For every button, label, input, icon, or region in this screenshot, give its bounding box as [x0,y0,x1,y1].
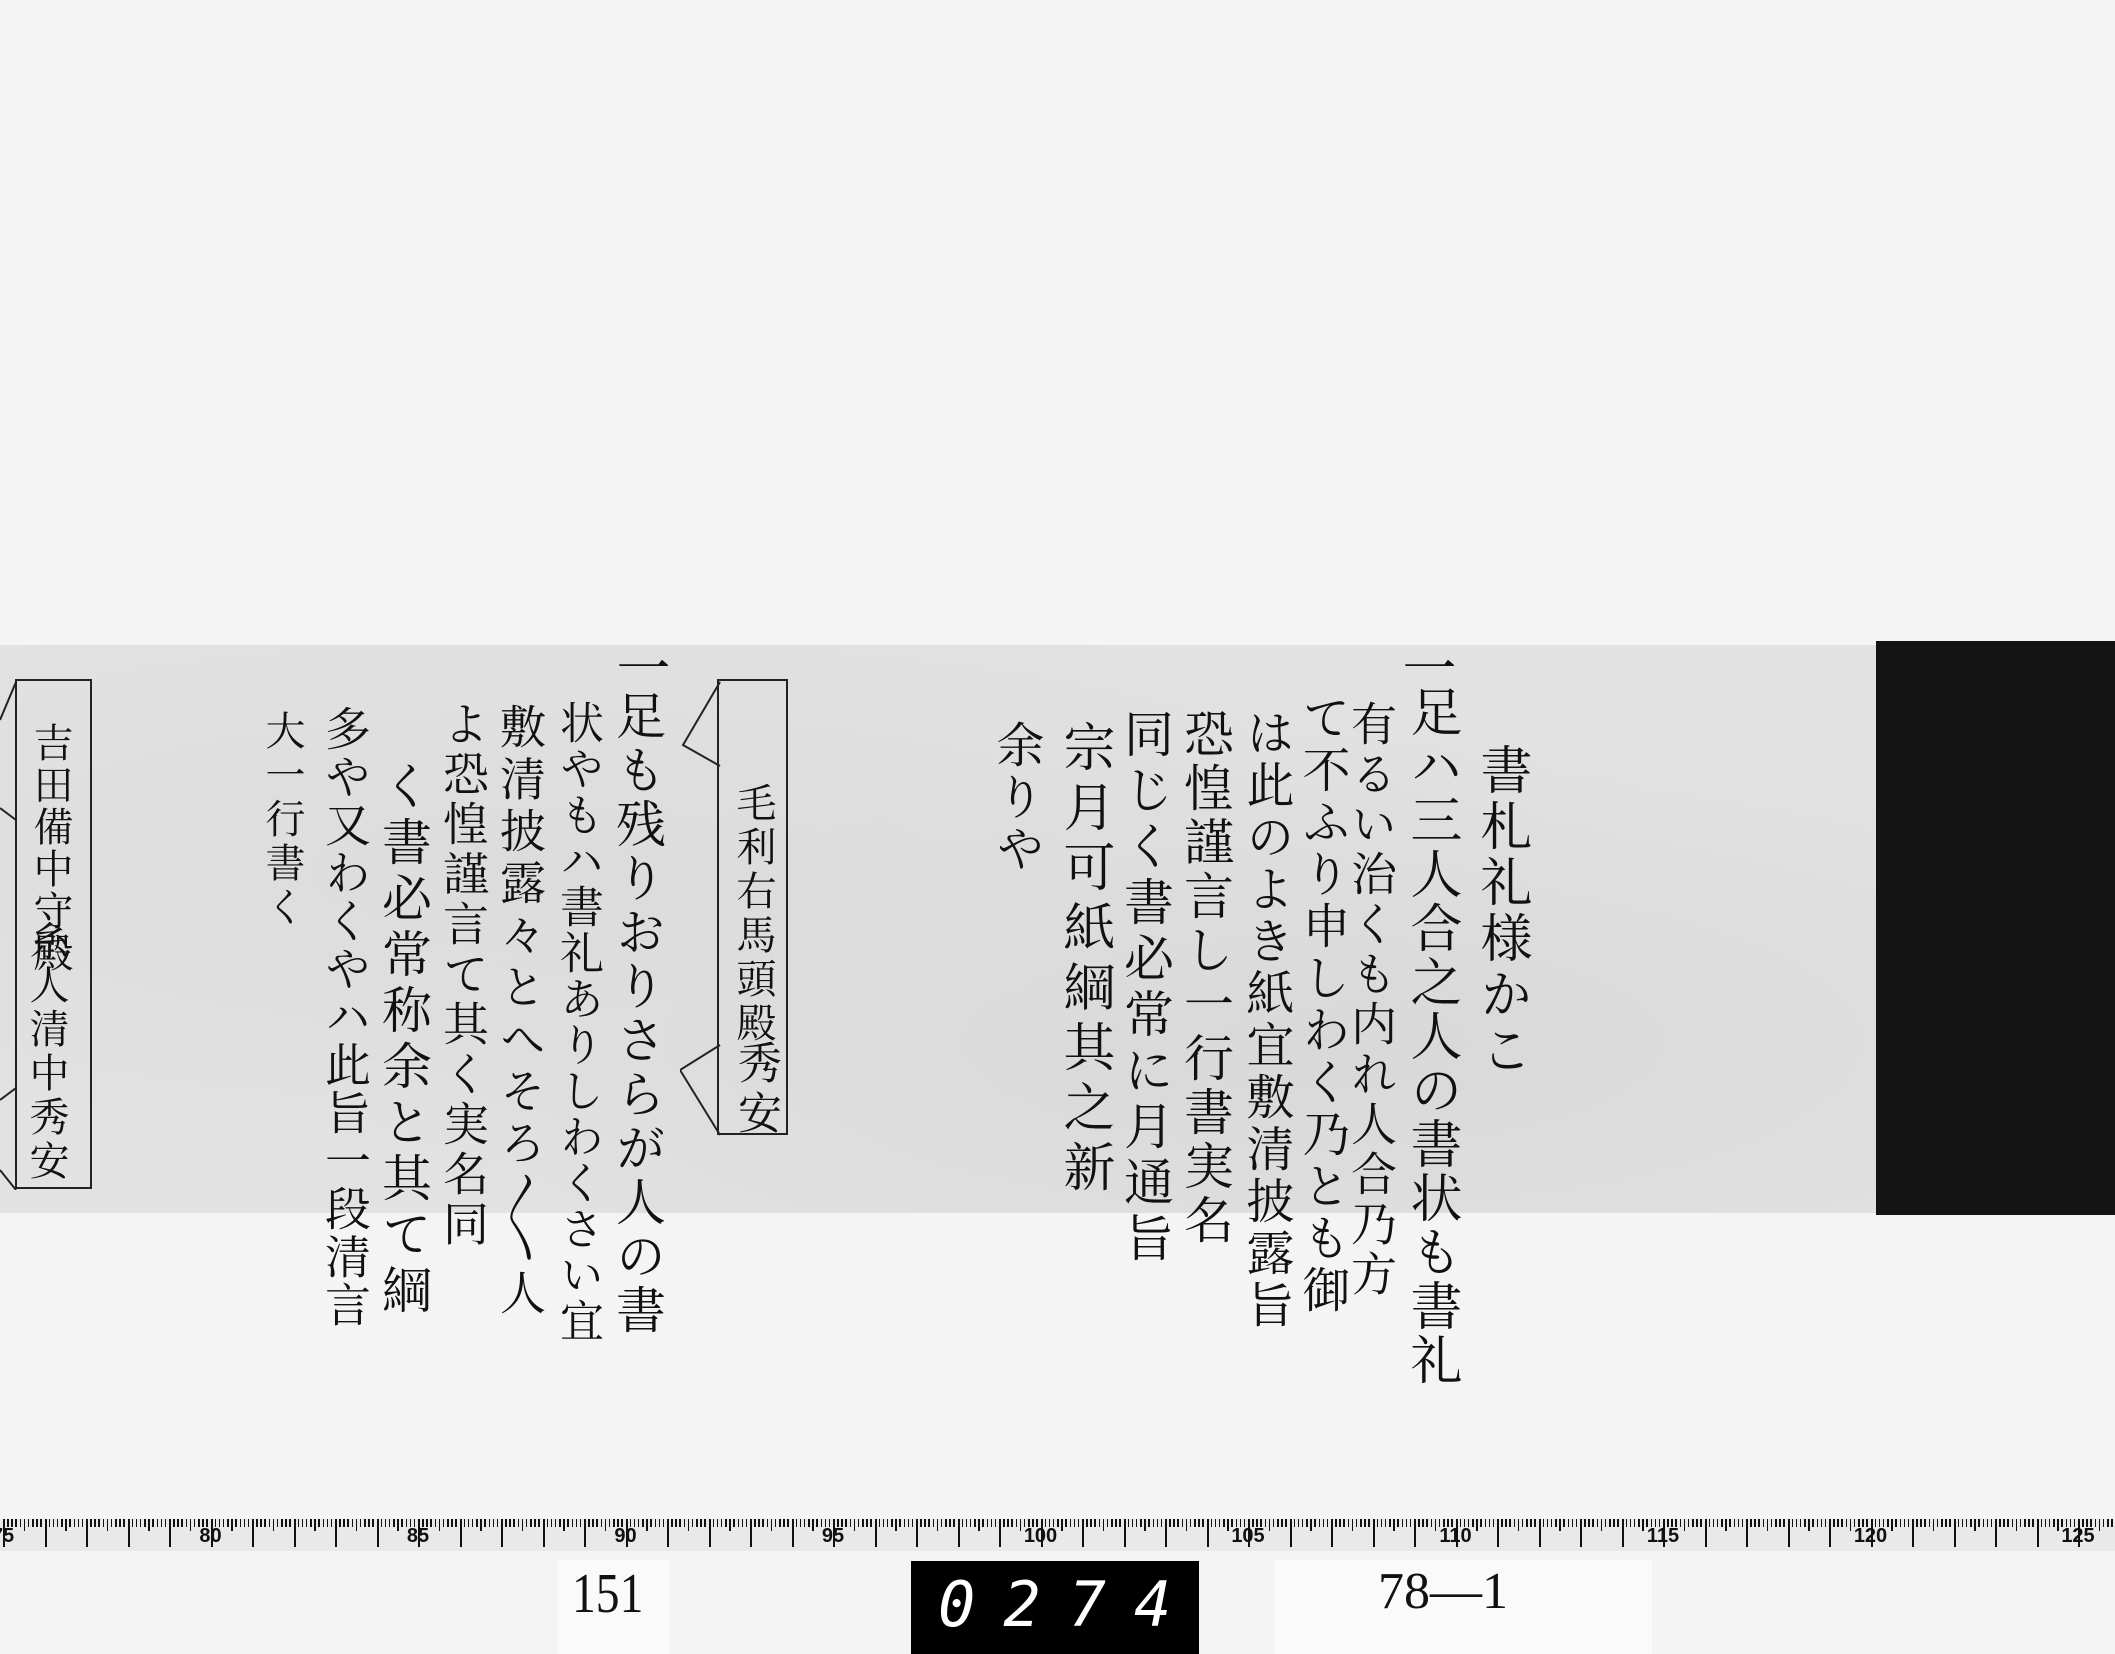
label-1-sender: 秀安 [733,1040,777,1140]
ruler-tick [1796,1519,1798,1527]
ruler-tick [555,1519,557,1527]
ruler-tick [98,1519,100,1527]
ruler-tick [1588,1519,1590,1527]
ruler-tick [1132,1519,1134,1527]
ruler-tick [779,1519,781,1527]
ruler-tick [638,1519,640,1527]
ruler-tick [169,1519,171,1547]
ruler-tick [1609,1519,1611,1527]
ruler-tick [713,1519,715,1527]
ruler-label: 120 [1854,1525,1887,1548]
ruler-tick [1186,1519,1188,1531]
ruler-tick [982,1519,984,1527]
ruler-tick [1020,1519,1022,1531]
ruler-tick [1954,1519,1956,1547]
ruler-label: 115 [1647,1525,1679,1548]
ruler-tick [1539,1519,1541,1547]
ruler-tick [173,1519,175,1527]
ruler-tick [28,1519,30,1527]
ruler-tick [642,1519,644,1527]
ruler-tick [335,1519,337,1547]
ruler-tick [522,1519,524,1531]
ruler-tick [1717,1519,1719,1527]
ruler-tick [69,1519,71,1527]
ruler-tick [953,1519,955,1527]
ruler-tick [90,1519,92,1527]
ruler-tick [277,1519,279,1527]
ruler-tick [2041,1519,2043,1527]
ruler-tick [1613,1519,1615,1527]
ruler-tick [949,1519,951,1527]
section-2-line: 多や又わくやハ此旨一段清言 [322,705,368,1329]
ruler-tick [32,1519,34,1527]
ruler-tick [1343,1519,1345,1527]
ruler-label: 95 [822,1525,844,1548]
ruler-tick [1974,1519,1976,1531]
ruler-tick [1941,1519,1943,1527]
ruler-tick [1821,1519,1823,1527]
ruler-tick [895,1519,897,1531]
ruler-tick [484,1519,486,1527]
ruler-tick [1086,1519,1088,1527]
ruler-tick [609,1519,611,1527]
ruler-tick [1605,1519,1607,1527]
ruler-tick [302,1519,304,1527]
ruler-tick [2053,1519,2055,1527]
ruler-tick [1115,1519,1117,1527]
ruler-tick [1584,1519,1586,1527]
ruler-tick [858,1519,860,1527]
ruler-tick [783,1519,785,1527]
ruler-tick [1891,1519,1893,1531]
ruler-tick [1509,1519,1511,1527]
ruler-tick [128,1519,130,1547]
ruler-tick [186,1519,188,1527]
ruler-tick [49,1519,51,1527]
ruler-tick [1265,1519,1267,1527]
ruler-tick [78,1519,80,1527]
section-2-line: 足も残りおりさらが人の書 [612,690,662,1338]
ruler-tick [1895,1519,1897,1527]
ruler-tick [704,1519,706,1527]
ruler-tick [190,1519,192,1531]
ruler-tick [875,1519,877,1547]
scroll-cover-dark [1876,641,2115,1215]
ruler-tick [692,1519,694,1527]
ruler-tick [294,1519,296,1547]
ruler-tick [933,1519,935,1527]
ruler-tick [1074,1519,1076,1527]
ruler-tick [1563,1519,1565,1527]
ruler-tick [1016,1519,1018,1527]
ruler-tick [115,1519,117,1527]
ruler-tick [368,1519,370,1527]
ruler-tick [762,1519,764,1527]
ruler-tick [472,1519,474,1527]
ruler-tick [327,1519,329,1527]
ruler-tick [1099,1519,1101,1527]
ruler-tick [1202,1519,1204,1527]
ruler-tick [1804,1519,1806,1527]
ruler-tick [1904,1519,1906,1527]
ruler-tick [1705,1519,1707,1547]
ruler-tick [1576,1519,1578,1527]
ruler-tick [1526,1519,1528,1527]
ruler-tick [1638,1519,1640,1527]
ruler-tick [1319,1519,1321,1527]
ruler-tick [20,1519,22,1527]
ruler-tick [1352,1519,1354,1531]
ruler-tick [1356,1519,1358,1527]
ruler-tick [468,1519,470,1527]
ruler-tick [165,1519,167,1527]
ruler-tick [717,1519,719,1527]
ruler-tick [123,1519,125,1527]
ruler-tick [119,1519,121,1527]
ruler-tick [891,1519,893,1527]
ruler-tick [1559,1519,1561,1531]
ruler-tick [547,1519,549,1527]
ruler-tick [870,1519,872,1527]
ruler-tick [1422,1519,1424,1527]
ruler-tick [397,1519,399,1531]
ruler-tick [493,1519,495,1527]
ruler-tick [1435,1519,1437,1531]
ruler-tick [675,1519,677,1527]
ruler-tick [596,1519,598,1527]
ruler-tick [655,1519,657,1527]
ruler-tick [1393,1519,1395,1531]
ruler-tick [754,1519,756,1527]
ruler-tick [787,1519,789,1527]
ruler-tick [161,1519,163,1527]
ruler-tick [1692,1519,1694,1527]
ruler-tick [144,1519,146,1527]
ruler-tick [331,1519,333,1527]
ruler-tick [1335,1519,1337,1527]
ruler-tick [430,1519,432,1527]
ruler-tick [1198,1519,1200,1527]
ruler-tick [916,1519,918,1547]
ruler-tick [1721,1519,1723,1527]
ruler-tick [962,1519,964,1527]
section-2-line: よ恐惶謹言て其く実名同 [440,700,486,1250]
ruler-tick [1493,1519,1495,1527]
ruler-tick [323,1519,325,1527]
ruler-tick [2024,1519,2026,1527]
ruler-tick [1924,1519,1926,1527]
ruler-tick [767,1519,769,1527]
ruler-tick [775,1519,777,1527]
ruler-tick [966,1519,968,1527]
ruler-tick [879,1519,881,1527]
ruler-tick [1966,1519,1968,1527]
ruler-tick [1182,1519,1184,1527]
ruler-tick [107,1519,109,1531]
ruler-tick [1103,1519,1105,1531]
ruler-tick [2111,1519,2113,1527]
ruler-tick [771,1519,773,1531]
ruler-tick [460,1519,462,1547]
ruler-tick [1746,1519,1748,1547]
ruler-tick [256,1519,258,1527]
ruler-tick [103,1519,105,1527]
ruler-tick [584,1519,586,1547]
ruler-tick [1887,1519,1889,1527]
ruler-tick [140,1519,142,1527]
section-1-line: 足ハ三人合之人の書状も書礼 [1405,685,1457,1387]
ruler-tick [1476,1519,1478,1531]
ruler-tick [530,1519,532,1527]
ruler-tick [995,1519,997,1527]
ruler-tick [1738,1519,1740,1527]
ruler-tick [1501,1519,1503,1527]
ruler-tick [696,1519,698,1527]
ruler-tick [132,1519,134,1527]
ruler-tick [563,1519,565,1531]
ruler-tick [796,1519,798,1527]
section-1-line: 有るい治くも内れ人合乃方 [1348,700,1394,1300]
ruler-tick [356,1519,358,1531]
ruler-tick [1912,1519,1914,1547]
ruler-tick [679,1519,681,1527]
ruler-tick [1144,1519,1146,1531]
ruler-tick [1148,1519,1150,1527]
ruler-tick [1775,1519,1777,1527]
ruler-tick [439,1519,441,1531]
ruler-tick [82,1519,84,1527]
ruler-tick [1090,1519,1092,1527]
ruler-tick [1688,1519,1690,1527]
ruler-tick [1700,1519,1702,1527]
ruler-tick [45,1519,47,1547]
ruler-tick [1754,1519,1756,1527]
ruler-tick [1194,1519,1196,1527]
ruler-label: 80 [199,1525,221,1548]
ruler-tick [148,1519,150,1531]
ruler-tick [978,1519,980,1531]
ruler-tick [538,1519,540,1527]
ruler-tick [1999,1519,2001,1527]
ruler-tick [310,1519,312,1527]
ruler-tick [281,1519,283,1527]
ruler-tick [1331,1519,1333,1547]
ruler-tick [945,1519,947,1527]
ruler-tick [1173,1519,1175,1527]
ruler-tick [1227,1519,1229,1531]
ruler-tick [1572,1519,1574,1527]
ruler-tick [36,1519,38,1527]
ruler-tick [1385,1519,1387,1527]
ruler-tick [1530,1519,1532,1527]
ruler-tick [854,1519,856,1531]
ruler-tick [845,1519,847,1527]
ruler-tick [40,1519,42,1527]
ruler-tick [920,1519,922,1527]
ruler-tick [264,1519,266,1527]
document-title: 書札礼様かこ [1475,743,1527,1079]
ruler-tick [725,1519,727,1527]
ruler-tick [1402,1519,1404,1527]
ruler-tick [1920,1519,1922,1527]
section-2-line: 状やもハ書礼ありしわくさい宜 [555,700,599,1344]
ruler-tick [1783,1519,1785,1527]
ruler-tick [389,1519,391,1527]
ruler-tick [1829,1519,1831,1547]
ruler-tick [289,1519,291,1527]
ruler-tick [1779,1519,1781,1527]
ruler-tick [393,1519,395,1527]
ruler-tick [1207,1519,1209,1547]
ruler-tick [850,1519,852,1527]
ruler-tick [1277,1519,1279,1527]
ruler-tick [381,1519,383,1527]
ruler-tick [1298,1519,1300,1527]
ruler-tick [1215,1519,1217,1527]
ruler-tick [543,1519,545,1547]
ruler-tick [1788,1519,1790,1547]
ruler-tick [1294,1519,1296,1527]
ruler-tick [1007,1519,1009,1527]
ruler-tick [1514,1519,1516,1527]
ruler-tick [53,1519,55,1527]
ruler-tick [1406,1519,1408,1527]
ruler-tick [1734,1519,1736,1527]
ruler-tick [1480,1519,1482,1527]
ruler-tick [700,1519,702,1527]
ruler-tick [970,1519,972,1527]
ruler-tick [812,1519,814,1531]
ruler-tick [1323,1519,1325,1527]
ruler-tick [443,1519,445,1527]
ruler-tick [800,1519,802,1527]
ruler-tick [231,1519,233,1531]
ruler-tick [1580,1519,1582,1547]
ruler-tick [1285,1519,1287,1527]
ruler-tick [758,1519,760,1527]
ruler-tick [1128,1519,1130,1527]
ruler-tick [663,1519,665,1527]
ruler-tick [1314,1519,1316,1527]
ruler-tick [1742,1519,1744,1527]
section-2-line: 大一行書く [262,710,302,930]
ruler-tick [650,1519,652,1527]
ruler-tick [526,1519,528,1527]
ruler-tick [1505,1519,1507,1527]
ruler-tick [1601,1519,1603,1531]
section-1-line: 余りや [992,720,1040,876]
ruler-tick [372,1519,374,1527]
ruler-tick [1290,1519,1292,1547]
section-1-line: て不ふり申しわく乃とも御 [1298,693,1346,1317]
ruler-tick [1003,1519,1005,1527]
ruler-tick [347,1519,349,1527]
ruler-tick [1568,1519,1570,1527]
ruler-tick [688,1519,690,1531]
ruler-tick [1011,1519,1013,1527]
ruler-tick [1978,1519,1980,1527]
ruler-tick [816,1519,818,1527]
ruler-tick [1837,1519,1839,1527]
ruler-tick [385,1519,387,1527]
ruler-tick [904,1519,906,1527]
ruler-tick [1124,1519,1126,1547]
ruler-tick [61,1519,63,1527]
ruler-label: 110 [1439,1525,1471,1548]
ruler-tick [240,1519,242,1527]
ruler-tick [1211,1519,1213,1527]
ruler-tick [1709,1519,1711,1527]
section-1-line: 同じく書必常に月通旨 [1120,708,1170,1268]
ruler-tick [572,1519,574,1527]
ruler-tick [489,1519,491,1527]
ruler-tick [1846,1519,1848,1527]
ruler-tick [1945,1519,1947,1527]
ruler-tick [1281,1519,1283,1527]
ruler-tick [958,1519,960,1547]
ruler-tick [1808,1519,1810,1531]
ruler-tick [1485,1519,1487,1527]
measurement-ruler: 7580859095100105110115120125 [0,1519,2115,1551]
ruler-tick [1190,1519,1192,1527]
ruler-tick [1522,1519,1524,1527]
ruler-tick [1713,1519,1715,1527]
ruler-tick [2016,1519,2018,1531]
ruler-tick [476,1519,478,1527]
ruler-tick [1812,1519,1814,1527]
ruler-label: 85 [407,1525,429,1548]
section-1-line: 宗月可紙綱其之新 [1058,720,1110,1200]
ruler-tick [883,1519,885,1527]
ruler-tick [1360,1519,1362,1527]
ruler-tick [999,1519,1001,1547]
frame-number: 151 [572,1562,643,1626]
ruler-tick [1377,1519,1379,1527]
ruler-tick [659,1519,661,1527]
ruler-tick [1937,1519,1939,1527]
ruler-tick [1310,1519,1312,1531]
ruler-tick [974,1519,976,1527]
ruler-tick [1070,1519,1072,1527]
ruler-tick [684,1519,686,1527]
ruler-tick [1900,1519,1902,1527]
ruler-tick [1597,1519,1599,1527]
ruler-label: 105 [1231,1525,1264,1548]
ruler-tick [244,1519,246,1527]
ruler-tick [1431,1519,1433,1527]
ruler-tick [505,1519,507,1527]
ruler-tick [94,1519,96,1527]
ruler-tick [298,1519,300,1527]
ruler-tick [2037,1519,2039,1547]
label-1-addressee: 毛利右馬頭殿 [733,782,773,1046]
ruler-tick [1792,1519,1794,1527]
ruler-tick [1949,1519,1951,1527]
ruler-tick [866,1519,868,1527]
ruler-tick [1958,1519,1960,1527]
ruler-tick [738,1519,740,1527]
ruler-tick [1161,1519,1163,1527]
ruler-tick [1373,1519,1375,1547]
ruler-tick [1269,1519,1271,1531]
ruler-tick [1414,1519,1416,1547]
ruler-tick [534,1519,536,1527]
ruler-tick [991,1519,993,1527]
ruler-tick [1065,1519,1067,1527]
ruler-tick [194,1519,196,1527]
ruler-tick [1157,1519,1159,1527]
ruler-tick [343,1519,345,1527]
